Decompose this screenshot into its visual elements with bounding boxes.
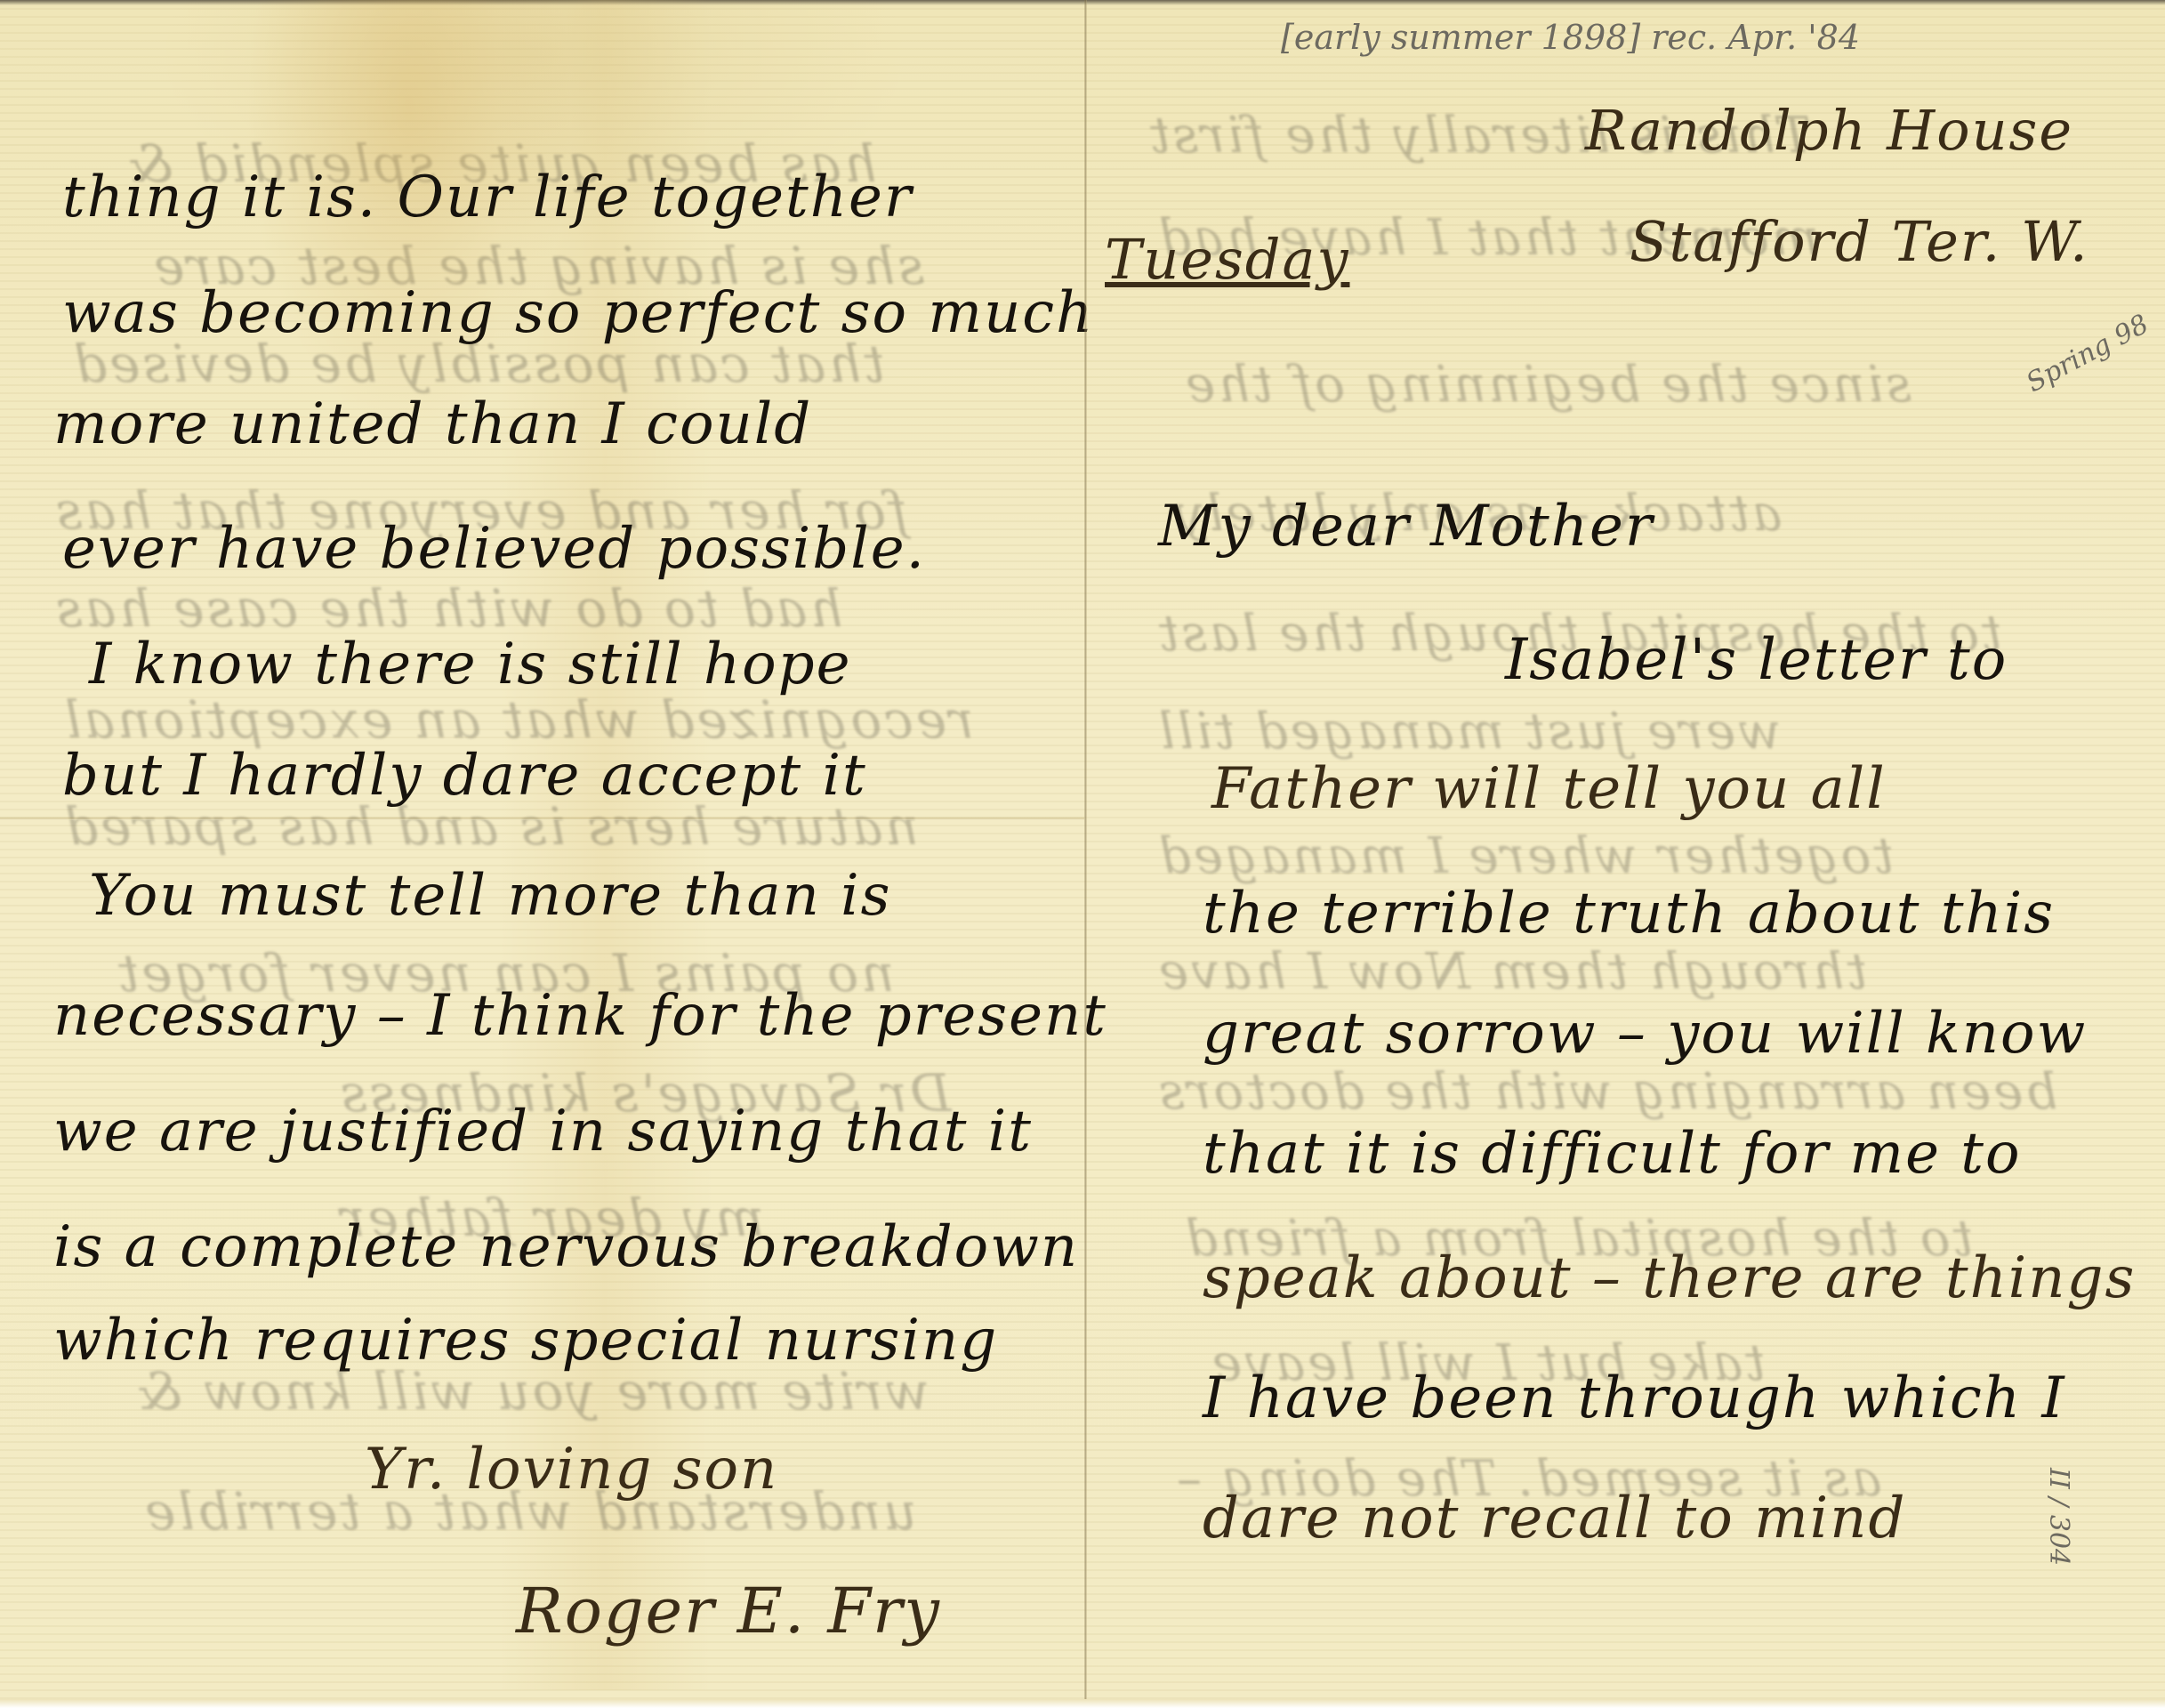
letter-scan: has been quite splendid & she is having … [0,0,2165,1708]
letter-line: thing it is. Our life together [62,165,913,230]
letter-line: great sorrow – you will know [1203,1001,2087,1067]
letter-day: Tuesday [1105,227,1349,292]
letter-line: ever have believed possible. [62,516,926,582]
letter-line: but I hardly dare accept it [62,743,867,809]
letter-line: Father will tell you all [1211,756,1887,822]
letter-line: You must tell more than is [89,863,891,929]
letter-line: more united than I could [53,391,812,457]
archival-date-note: [early summer 1898] rec. Apr. '84 [1281,18,1860,57]
letter-line: which requires special nursing [53,1308,998,1374]
letter-line: is a complete nervous breakdown [53,1214,1079,1280]
left-page: thing it is. Our life together was becom… [0,0,1085,1708]
margin-note-bottom: II / 304 [2043,1468,2074,1566]
letter-line: I have been through which I [1203,1366,2066,1431]
letter-line: necessary – I think for the present [53,983,1107,1049]
address-line-2: Stafford Ter. W. [1630,209,2089,274]
letter-line: that it is difficult for me to [1203,1121,2022,1187]
letter-line: we are justified in saying that it [53,1099,1033,1164]
letter-line: speak about – there are things [1203,1245,2136,1311]
margin-note-top: Spring 98 [2022,309,2154,399]
letter-line: I know there is still hope [89,632,851,697]
letter-line: Isabel's letter to [1505,627,2008,693]
letter-line: the terrible truth about this [1203,881,2055,947]
right-page: [early summer 1898] rec. Apr. '84 Spring… [1087,0,2165,1708]
signature: Roger E. Fry [516,1575,941,1648]
letter-line: was becoming so perfect so much [62,280,1094,346]
address-line-1: Randolph House [1585,98,2073,163]
salutation: My dear Mother [1158,494,1654,560]
horizontal-fold [0,817,1084,820]
letter-line: dare not recall to mind [1203,1486,1906,1551]
letter-closing: Yr. loving son [365,1437,778,1503]
